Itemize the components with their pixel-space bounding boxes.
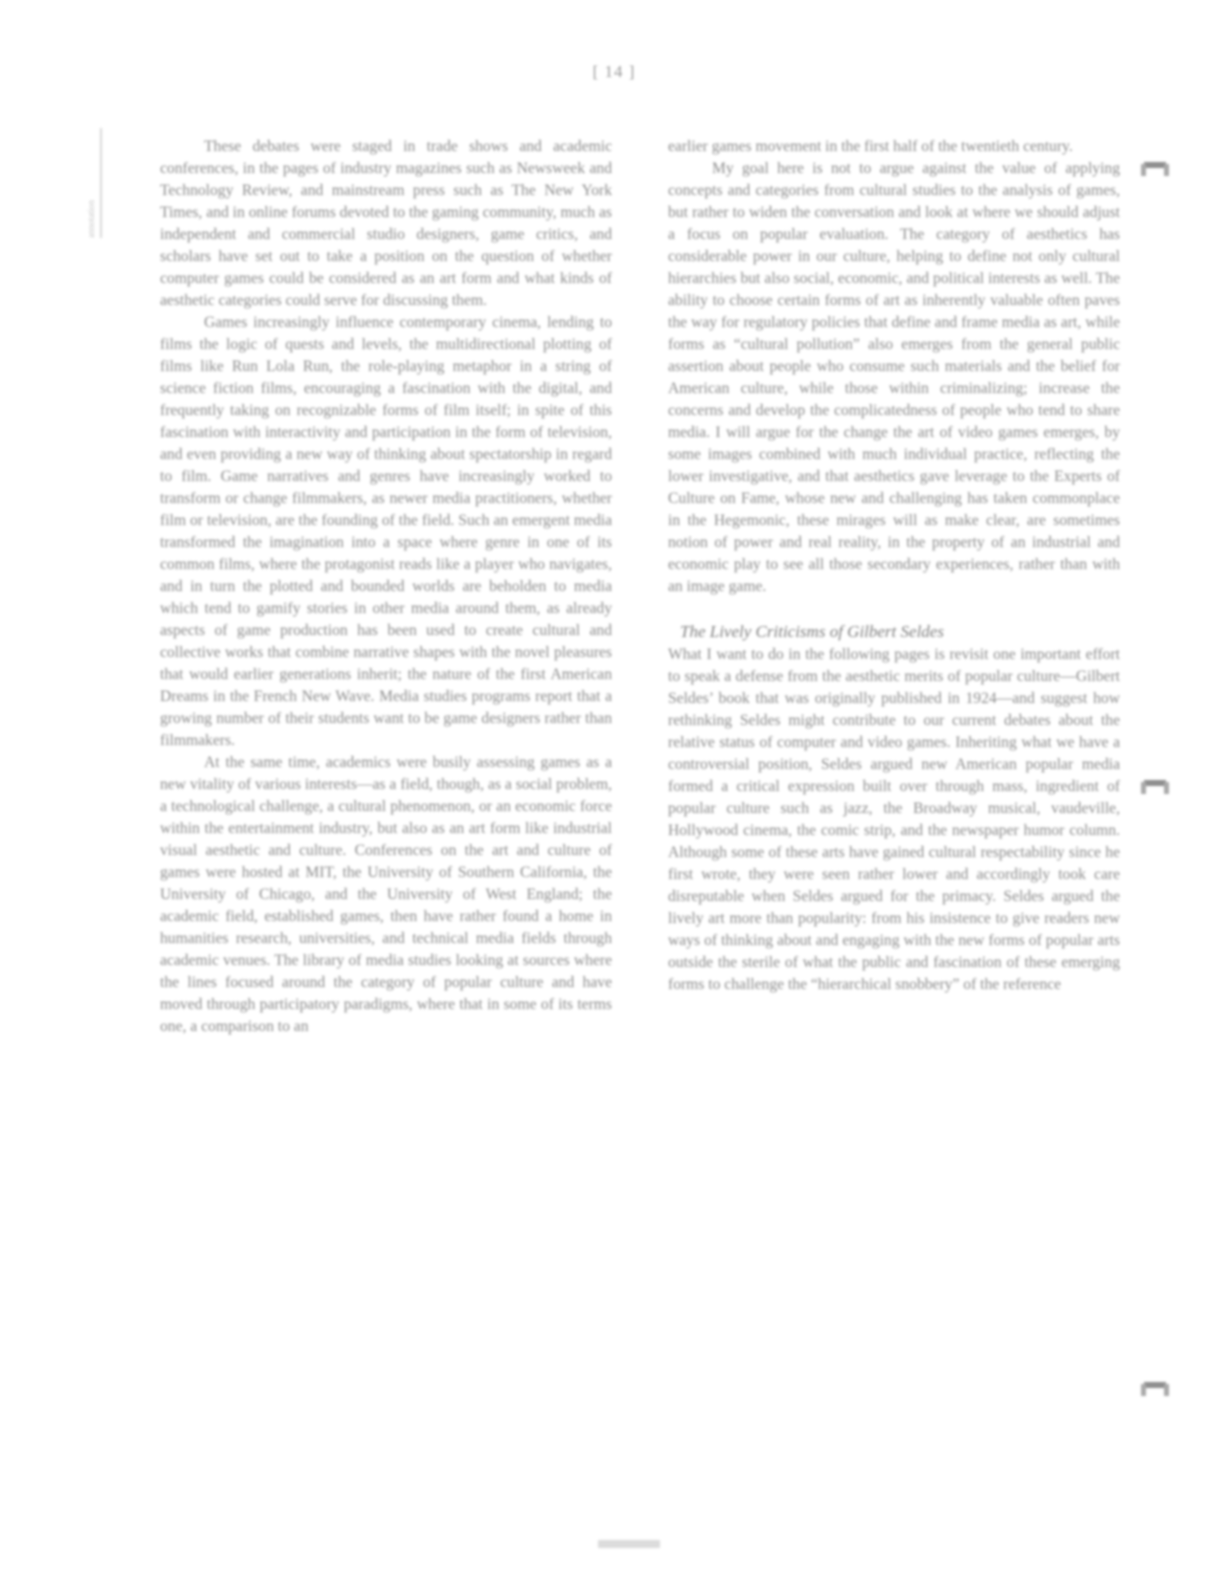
bracket-bar — [1144, 780, 1166, 786]
paragraph: My goal here is not to argue against the… — [668, 158, 1120, 598]
paragraph-continued: earlier games movement in the first half… — [668, 136, 1120, 158]
right-column: earlier games movement in the first half… — [668, 136, 1120, 996]
bracket-leg — [1164, 164, 1169, 176]
paragraph: These debates were staged in trade shows… — [160, 136, 612, 312]
running-head: [ 14 ] — [0, 62, 1228, 82]
bracket-mark-icon — [1138, 158, 1172, 178]
paragraph: Games increasingly influence contemporar… — [160, 312, 612, 752]
bracket-leg — [1141, 782, 1146, 794]
bracket-mark-icon — [1138, 776, 1172, 796]
bracket-leg — [1141, 1384, 1146, 1396]
page-footer: page footer — [598, 1540, 660, 1548]
bracket-bar — [1144, 1382, 1166, 1388]
left-column: These debates were staged in trade shows… — [160, 136, 612, 1038]
paragraph: At the same time, academics were busily … — [160, 752, 612, 1038]
bracket-leg — [1164, 782, 1169, 794]
bracket-leg — [1164, 1384, 1169, 1396]
paragraph: What I want to do in the following pages… — [668, 644, 1120, 996]
bracket-mark-icon — [1138, 1378, 1172, 1398]
bracket-leg — [1141, 164, 1146, 176]
bracket-bar — [1144, 162, 1166, 168]
margin-annotation: annotation — [86, 128, 102, 238]
section-heading: The Lively Criticisms of Gilbert Seldes — [668, 620, 1120, 644]
